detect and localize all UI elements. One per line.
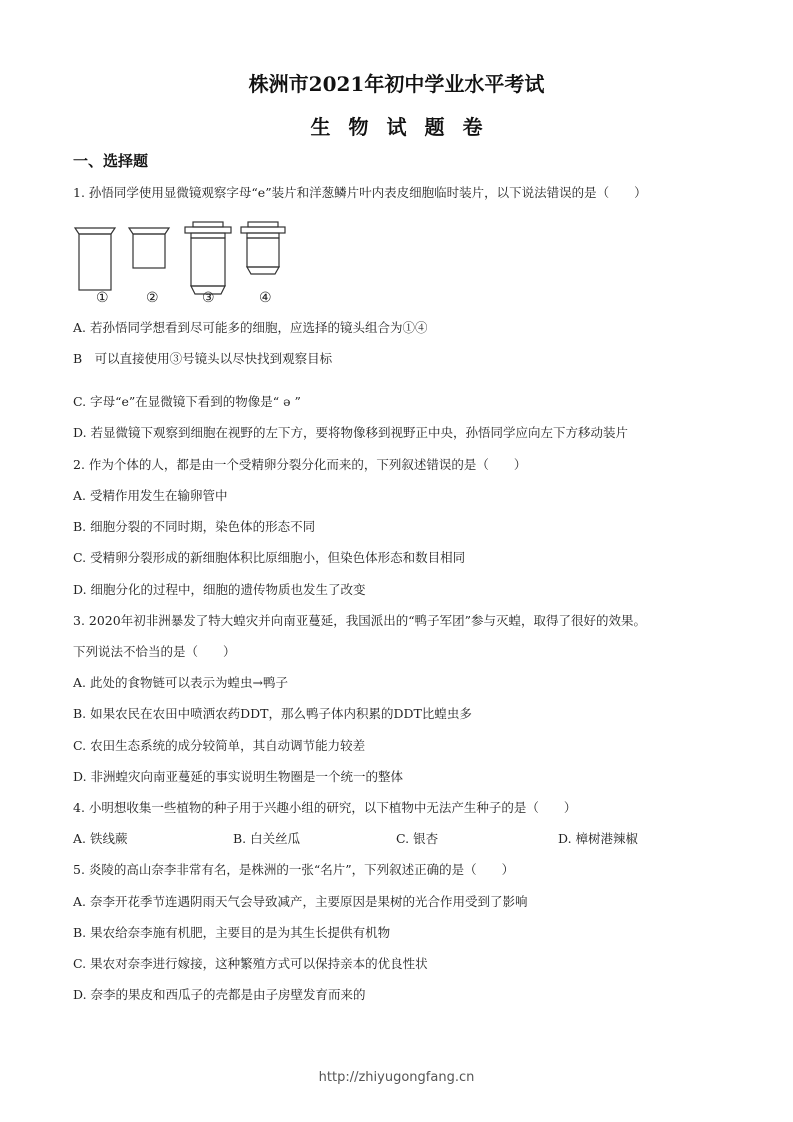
q5-option-b: B. 果农给奈李施有机肥，主要目的是为其生长提供有机物: [73, 923, 390, 941]
exam-subtitle: 生物试题卷: [0, 111, 793, 140]
q4-option-a: A. 铁线蕨: [73, 829, 127, 847]
q2-option-c: C. 受精卵分裂形成的新细胞体积比原细胞小，但染色体形态和数目相同: [73, 548, 465, 566]
q5-option-a: A. 奈李开花季节连遇阴雨天气会导致减产，主要原因是果树的光合作用受到了影响: [73, 892, 527, 910]
q4-option-d: D. 樟树港辣椒: [558, 829, 638, 847]
q1-option-d: D. 若显微镜下观察到细胞在视野的左下方，要将物像移到视野正中央，孙悟同学应向左…: [73, 423, 628, 441]
question-3-stem-line1: 3. 2020年初非洲暴发了特大蝗灾并向南亚蔓延，我国派出的“鸭子军团”参与灭蝗…: [73, 611, 646, 629]
q5-option-c: C. 果农对奈李进行嫁接，这种繁殖方式可以保持亲本的优良性状: [73, 954, 428, 972]
q1-option-a: A. 若孙悟同学想看到尽可能多的细胞，应选择的镜头组合为①④: [73, 318, 427, 336]
q3-option-c: C. 农田生态系统的成分较简单，其自动调节能力较差: [73, 736, 365, 754]
question-1-stem: 1. 孙悟同学使用显微镜观察字母“e”装片和洋葱鳞片叶内表皮细胞临时装片，以下说…: [73, 183, 647, 201]
q4-option-b: B. 白关丝瓜: [233, 829, 300, 847]
objective-3-icon: [185, 222, 231, 294]
q2-option-b: B. 细胞分裂的不同时期，染色体的形态不同: [73, 517, 315, 535]
q2-option-d: D. 细胞分化的过程中，细胞的遗传物质也发生了改变: [73, 580, 366, 598]
eyepiece-2-icon: [129, 228, 169, 268]
q3-option-a: A. 此处的食物链可以表示为蝗虫→鸭子: [73, 673, 288, 691]
question-3-stem-line2: 下列说法不恰当的是（ ）: [73, 642, 236, 660]
q2-option-a: A. 受精作用发生在输卵管中: [73, 486, 227, 504]
lens-label-4: ④: [259, 290, 272, 306]
q5-option-d: D. 奈李的果皮和西瓜子的壳都是由子房壁发育而来的: [73, 985, 366, 1003]
section-heading: 一、选择题: [73, 150, 148, 171]
question-5-stem: 5. 炎陵的高山奈李非常有名，是株洲的一张“名片”，下列叙述正确的是（ ）: [73, 860, 514, 878]
q1-option-c: C. 字母“e”在显微镜下看到的物像是“ ə ”: [73, 392, 301, 410]
q4-option-c: C. 银杏: [396, 829, 438, 847]
q3-option-b: B. 如果农民在农田中喷洒农药DDT，那么鸭子体内积累的DDT比蝗虫多: [73, 704, 472, 722]
q3-option-d: D. 非洲蝗灾向南亚蔓延的事实说明生物圈是一个统一的整体: [73, 767, 403, 785]
lens-label-1: ①: [96, 290, 109, 306]
footer-url: http://zhiyugongfang.cn: [0, 1070, 793, 1085]
lens-label-2: ②: [146, 290, 159, 306]
q1-option-b: B 可以直接使用③号镜头以尽快找到观察目标: [73, 349, 332, 367]
question-4-stem: 4. 小明想收集一些植物的种子用于兴趣小组的研究，以下植物中无法产生种子的是（ …: [73, 798, 576, 816]
question-2-stem: 2. 作为个体的人，都是由一个受精卵分裂分化而来的，下列叙述错误的是（ ）: [73, 455, 526, 473]
lens-label-3: ③: [202, 290, 215, 306]
objective-4-icon: [241, 222, 285, 274]
exam-title: 株洲市2021年初中学业水平考试: [0, 68, 793, 97]
eyepiece-1-icon: [75, 228, 115, 290]
